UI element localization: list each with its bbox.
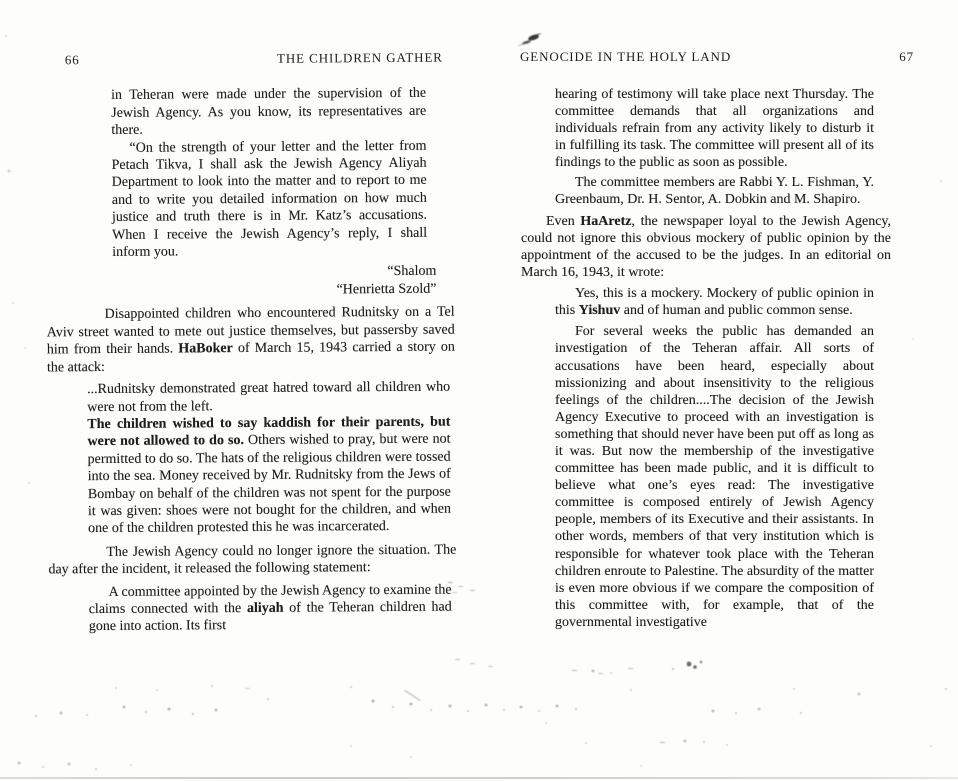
scan-scratch-mark	[404, 690, 420, 701]
paragraph-agency: The Jewish Agency could no longer ignore…	[48, 541, 456, 579]
left-page-header: 66 THE CHILDREN GATHER	[65, 49, 443, 69]
haaretz-newspaper-name: HaAretz	[580, 214, 631, 229]
quote-kaddish: The children wished to say kaddish for t…	[87, 413, 451, 537]
running-head-right: GENOCIDE IN THE HOLY LAND	[520, 48, 731, 65]
running-head-left: THE CHILDREN GATHER	[277, 49, 443, 68]
signature-henrietta-szold: “Henrietta Szold”	[46, 281, 436, 301]
aliyah-term: aliyah	[247, 601, 284, 616]
quote-rudnitsky: ...Rudnitsky demonstrated great hatred t…	[87, 379, 450, 416]
letter-quote-block: in Teheran were made under the supervisi…	[111, 85, 427, 261]
haboker-newspaper-name: HaBoker	[178, 341, 233, 356]
letter-paragraph-2: “On the strength of your letter and the …	[111, 137, 427, 261]
scan-edge-line	[0, 777, 958, 779]
paragraph-haaretz-text-1: Even	[546, 214, 580, 229]
quote-committee: A committee appointed by the Jewish Agen…	[89, 581, 452, 636]
statement-quote-block: hearing of testimony will take place nex…	[555, 86, 874, 208]
right-page-header: GENOCIDE IN THE HOLY LAND 67	[520, 48, 914, 65]
paragraph-haaretz: Even HaAretz, the newspaper loyal to the…	[521, 213, 891, 281]
right-page: GENOCIDE IN THE HOLY LAND 67 hearing of …	[519, 0, 936, 631]
left-page: 66 THE CHILDREN GATHER in Teheran were m…	[44, 0, 458, 636]
yishuv-term: Yishuv	[579, 303, 621, 318]
page-number-right: 67	[899, 48, 914, 65]
statement-paragraph-2: The committee members are Rabbi Y. L. Fi…	[555, 174, 874, 208]
quote-investigation: For several weeks the public has demande…	[555, 323, 874, 631]
scan-pencil-marks	[0, 0, 5, 1]
statement-paragraph-1: hearing of testimony will take place nex…	[555, 86, 874, 171]
page-number-left: 66	[65, 51, 80, 69]
letter-signature: “Shalom “Henrietta Szold”	[46, 263, 436, 301]
paragraph-attack: Disappointed children who encountered Ru…	[47, 304, 455, 376]
letter-paragraph-1: in Teheran were made under the supervisi…	[111, 85, 426, 139]
quote-mockery-text-2: and of human and public common sense.	[620, 303, 853, 318]
quote-mockery: Yes, this is a mockery. Mockery of publi…	[555, 285, 874, 319]
